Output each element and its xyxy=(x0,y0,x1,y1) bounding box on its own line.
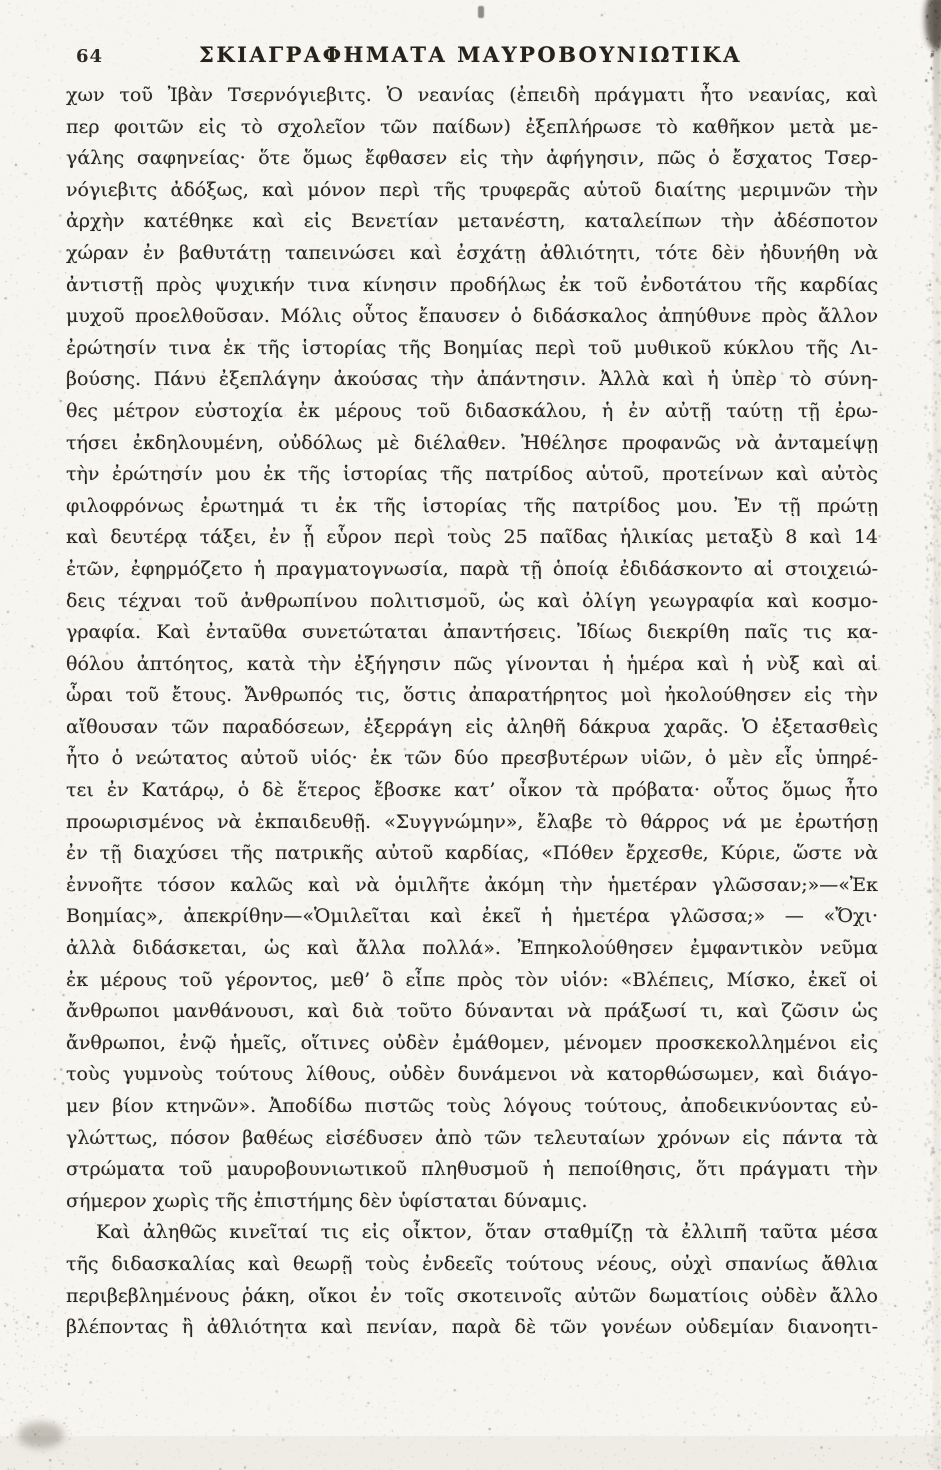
body-text: χων τοῦ Ἰβὰν Τσερνόγιεβιτς. Ὁ νεανίας (ἐ… xyxy=(66,80,878,1344)
text-line: τήσει ἐκδηλουμένη, οὐδόλως μὲ διέλαθεν. … xyxy=(66,428,878,460)
text-line: ὧραι τοῦ ἔτους. Ἄνθρωπός τις, ὅστις ἀπαρ… xyxy=(66,680,878,712)
page-edge-shadow xyxy=(933,0,941,1470)
text-line: θες μέτρον εὐστοχία ἐκ μέρους τοῦ διδασκ… xyxy=(66,396,878,428)
bottom-smudge xyxy=(18,1422,64,1448)
text-line: ἦτο ὁ νεώτατος αὐτοῦ υἱός· ἐκ τῶν δύο πρ… xyxy=(66,743,878,775)
text-line: τῆς διδασκαλίας καὶ θεωρῇ τοὺς ἐνδεεῖς τ… xyxy=(66,1249,878,1281)
text-line: ἐτῶν, ἐφηρμόζετο ἡ πραγματογνωσία, παρὰ … xyxy=(66,554,878,586)
text-line: Βοημίας», ἀπεκρίθην—«Ὁμιλεῖται καὶ ἐκεῖ … xyxy=(66,901,878,933)
text-line: ἐρώτησίν τινα ἐκ τῆς ἱστορίας τῆς Βοημία… xyxy=(66,333,878,365)
text-line: ἀλλὰ διδάσκεται, ὡς καὶ ἄλλα πολλά». Ἐπη… xyxy=(66,933,878,965)
text-line: ἄνθρωποι μανθάνουσι, καὶ διὰ τοῦτο δύναν… xyxy=(66,996,878,1028)
text-line: δεις τέχναι τοῦ ἀνθρωπίνου πολιτισμοῦ, ὡ… xyxy=(66,586,878,618)
text-line: γραφία. Καὶ ἐνταῦθα συνετώταται ἀπαντήσε… xyxy=(66,617,878,649)
scan-fleck xyxy=(478,6,484,18)
text-line: στρώματα τοῦ μαυροβουνιωτικοῦ πληθυσμοῦ … xyxy=(66,1154,878,1186)
text-line: καὶ δευτέρᾳ τάξει, ἐν ᾗ εὗρον περὶ τοὺς … xyxy=(66,522,878,554)
text-line: νόγιεβιτς ἀδόξως, καὶ μόνον περὶ τῆς τρυ… xyxy=(66,175,878,207)
text-line: ἄνθρωποι, ἐνῷ ἡμεῖς, οἵτινες οὐδὲν ἐμάθο… xyxy=(66,1028,878,1060)
text-line: βλέποντας ἢ ἀθλιότητα καὶ πενίαν, παρὰ δ… xyxy=(66,1312,878,1344)
text-line: γάλης σαφηνείας· ὅτε ὅμως ἔφθασεν εἰς τὴ… xyxy=(66,143,878,175)
text-line: Καὶ ἀληθῶς κινεῖταί τις εἰς οἶκτον, ὅταν… xyxy=(66,1217,878,1249)
scanned-book-page: 64 ΣΚΙΑΓΡΑΦΗΜΑΤΑ ΜΑΥΡΟΒΟΥΝΙΩΤΙΚΑ χων τοῦ… xyxy=(0,0,941,1470)
text-line: μεν βίον κτηνῶν». Ἀποδίδω πιστῶς τοὺς λό… xyxy=(66,1091,878,1123)
text-line: ἀρχὴν κατέθηκε καὶ εἰς Βενετίαν μετανέστ… xyxy=(66,206,878,238)
text-line: περ φοιτῶν εἰς τὸ σχολεῖον τῶν παίδων) ἐ… xyxy=(66,112,878,144)
text-line: τει ἐν Κατάρῳ, ὁ δὲ ἕτερος ἔβοσκε κατ’ ο… xyxy=(66,775,878,807)
text-line: βούσης. Πάνυ ἐξεπλάγην ἀκούσας τὴν ἀπάντ… xyxy=(66,364,878,396)
running-title: ΣΚΙΑΓΡΑΦΗΜΑΤΑ ΜΑΥΡΟΒΟΥΝΙΩΤΙΚΑ xyxy=(0,42,941,67)
text-line: περιβεβλημένους ῥάκη, οἴκοι ἐν τοῖς σκοτ… xyxy=(66,1281,878,1313)
text-line: γλώττως, πόσον βαθέως εἰσέδυσεν ἀπὸ τῶν … xyxy=(66,1123,878,1155)
text-line: μυχοῦ προελθοῦσαν. Μόλις οὗτος ἔπαυσεν ὁ… xyxy=(66,301,878,333)
text-line: χων τοῦ Ἰβὰν Τσερνόγιεβιτς. Ὁ νεανίας (ἐ… xyxy=(66,80,878,112)
text-line: προωρισμένος νὰ ἐκπαιδευθῇ. «Συγγνώμην»,… xyxy=(66,807,878,839)
text-line: ἐννοῆτε τόσον καλῶς καὶ νὰ ὁμιλῆτε ἀκόμη… xyxy=(66,870,878,902)
text-line: φιλοφρόνως ἐρωτημά τι ἐκ τῆς ἱστορίας τῆ… xyxy=(66,491,878,523)
text-line: χώραν ἐν βαθυτάτῃ ταπεινώσει καὶ ἐσχάτῃ … xyxy=(66,238,878,270)
text-line: τὴν ἐρώτησίν μου ἐκ τῆς ἱστορίας τῆς πατ… xyxy=(66,459,878,491)
text-line: ἐν τῇ διαχύσει τῆς πατρικῆς αὐτοῦ καρδία… xyxy=(66,838,878,870)
text-line: ἐκ μέρους τοῦ γέροντος, μεθ’ ὃ εἶπε πρὸς… xyxy=(66,965,878,997)
text-line: αἴθουσαν τῶν παραδόσεων, ἐξερράγη εἰς ἀλ… xyxy=(66,712,878,744)
text-line: τοὺς γυμνοὺς τούτους λίθους, οὐδὲν δυνάμ… xyxy=(66,1059,878,1091)
text-line: θόλου ἀπτόητος, κατὰ τὴν ἐξήγησιν πῶς γί… xyxy=(66,649,878,681)
page-header: 64 ΣΚΙΑΓΡΑΦΗΜΑΤΑ ΜΑΥΡΟΒΟΥΝΙΩΤΙΚΑ xyxy=(0,42,941,70)
text-line: ἀντιστῇ πρὸς ψυχικήν τινα κίνησιν προδήλ… xyxy=(66,270,878,302)
text-line: σήμερον χωρὶς τῆς ἐπιστήμης δὲν ὑφίστατα… xyxy=(66,1186,878,1218)
